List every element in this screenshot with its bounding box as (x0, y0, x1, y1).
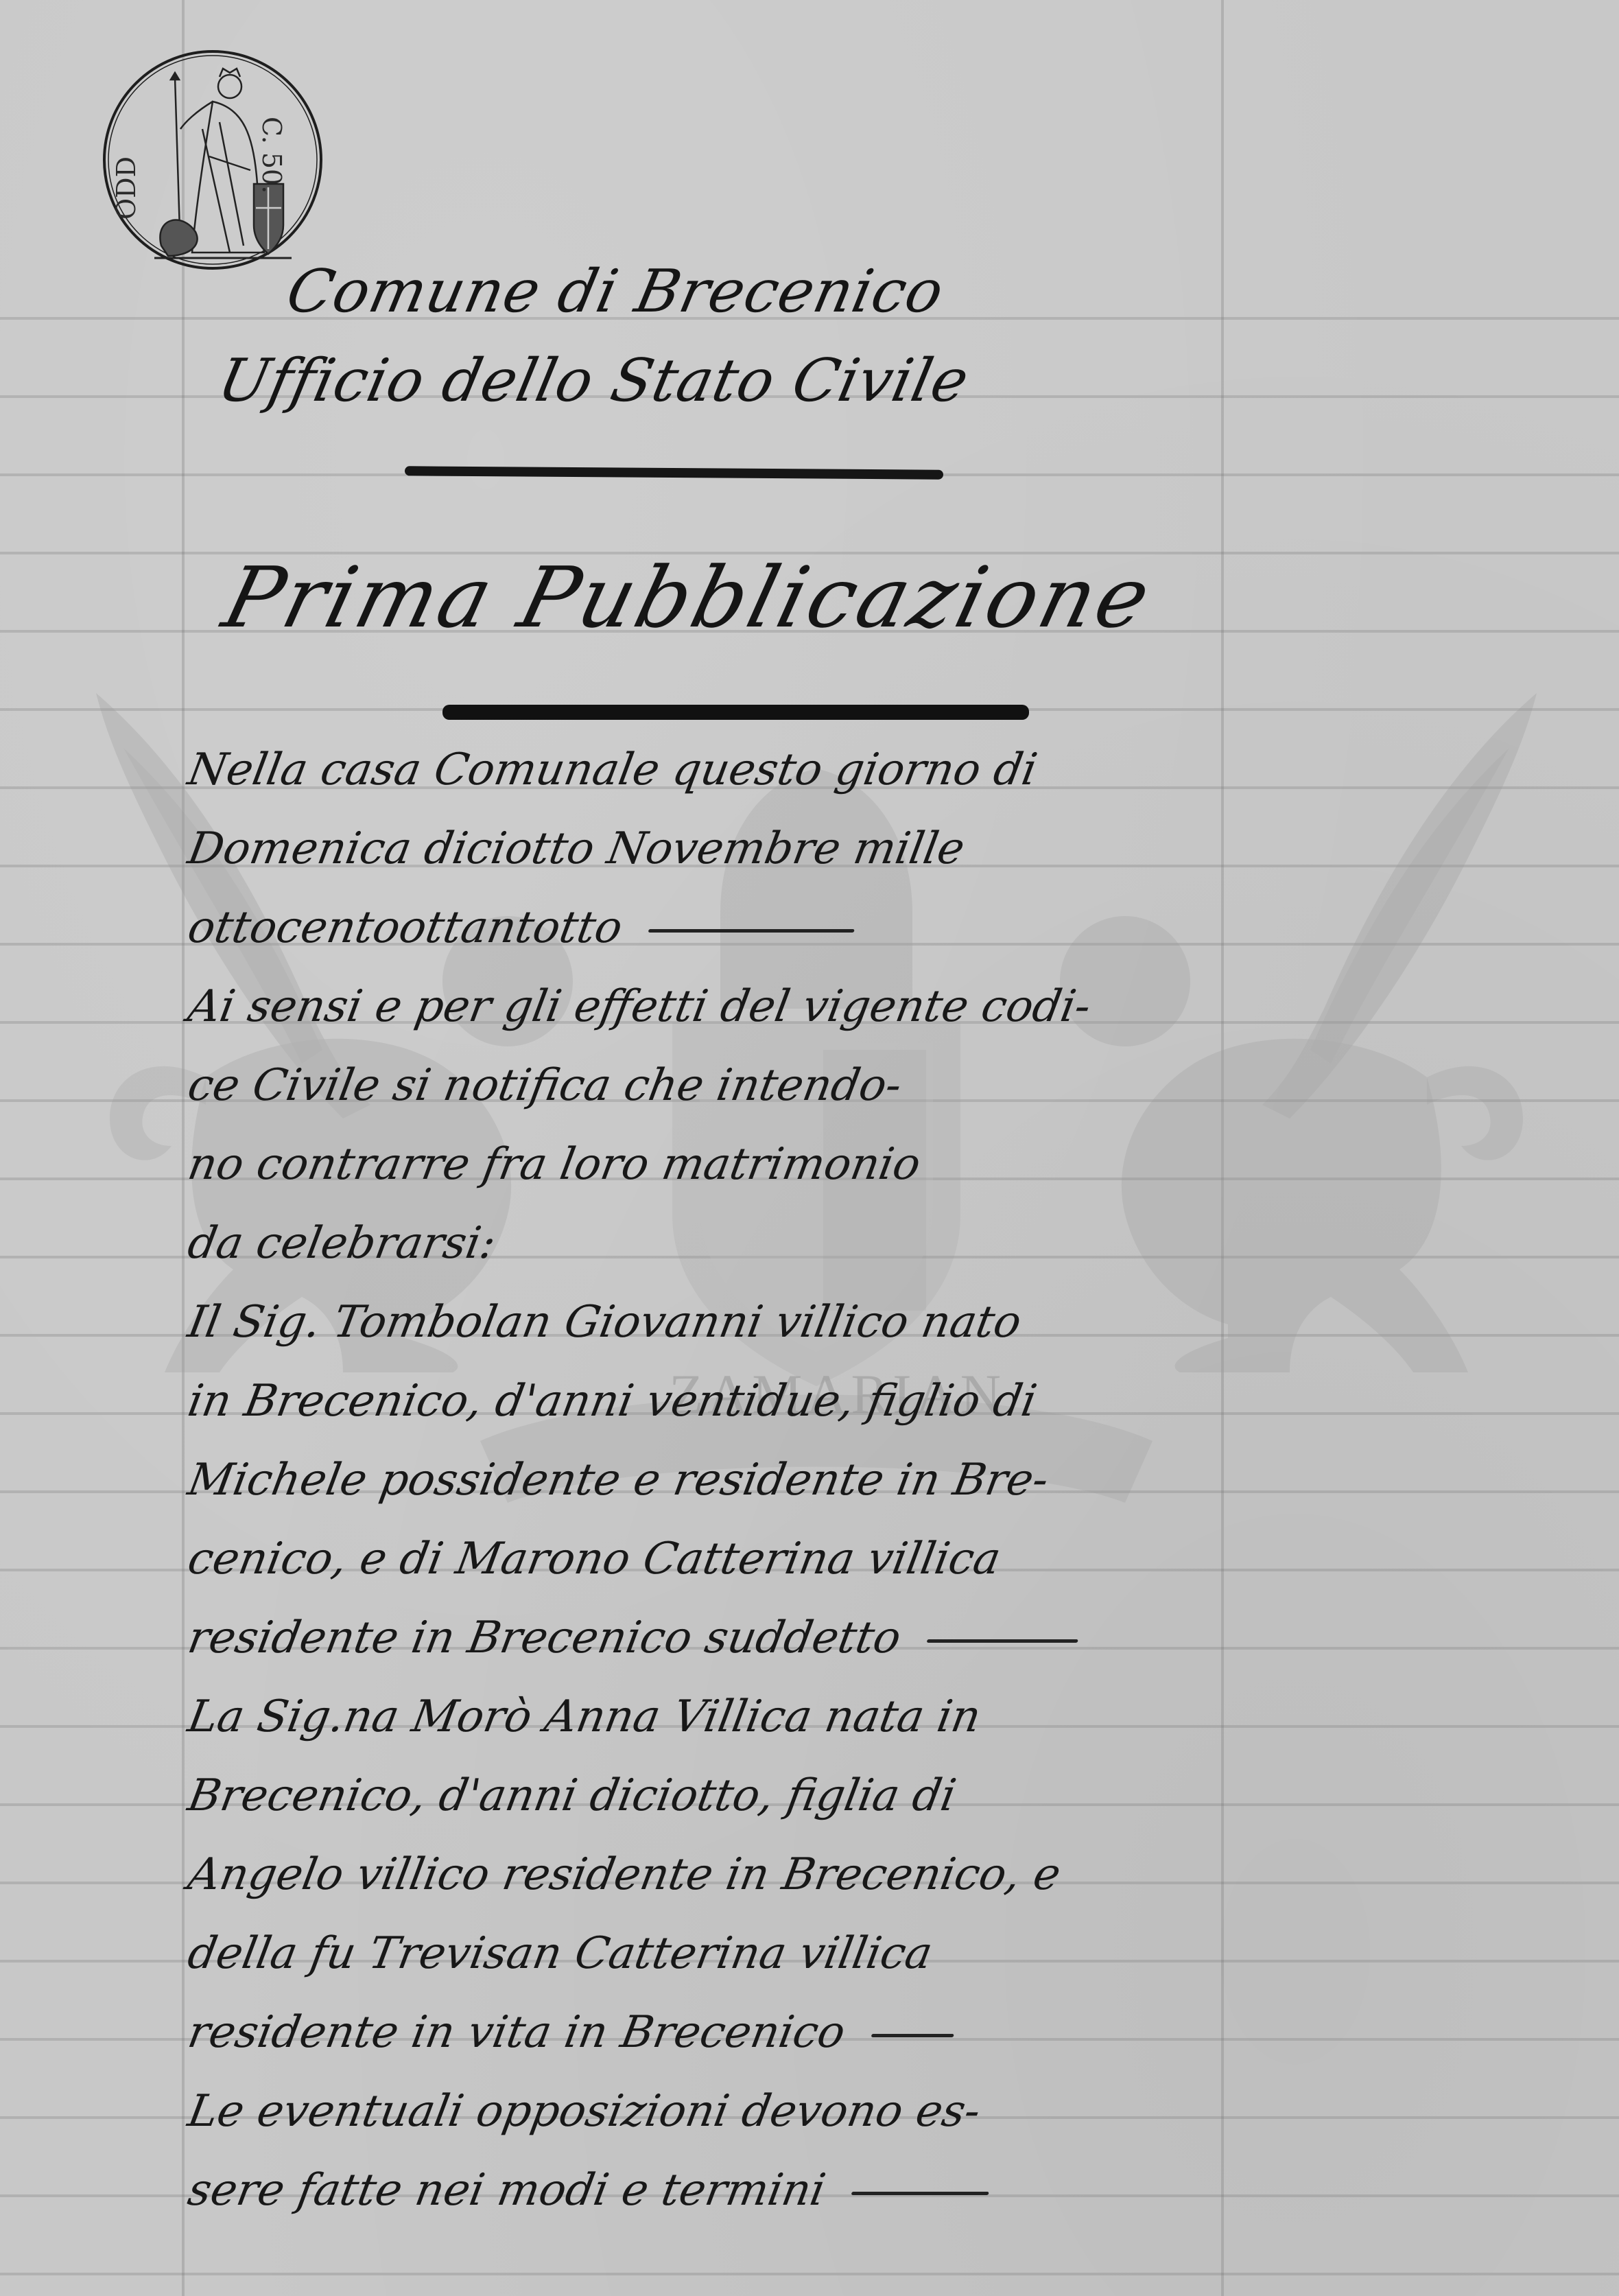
stamp-initials: ODD (111, 156, 141, 220)
body-line: in Brecenico, d'anni ventidue, figlio di (184, 1376, 1040, 1427)
title-underline (442, 705, 1029, 720)
body-line: da celebrarsi: (184, 1218, 499, 1269)
body-line: Brecenico, d'anni diciotto, figlia di (184, 1770, 959, 1821)
body-line: Ai sensi e per gli effetti del vigente c… (184, 981, 1094, 1032)
right-margin-rule (1221, 0, 1224, 2296)
body-line: Angelo villico residente in Brecenico, e (184, 1849, 1064, 1900)
body-line: Il Sig. Tombolan Giovanni villico nato (184, 1297, 1025, 1348)
line-filler-dash (927, 1639, 1078, 1643)
body-line: Domenica diciotto Novembre mille (184, 823, 968, 874)
body-line: residente in Brecenico suddetto (184, 1613, 1083, 1663)
body-line: La Sig.na Morò Anna Villica nata in (184, 1691, 984, 1742)
line-filler-dash (648, 929, 855, 933)
body-line: residente in vita in Brecenico (184, 2007, 958, 2058)
body-line: ottocentoottantotto (184, 902, 859, 953)
line-filler-dash (851, 2192, 989, 2195)
body-line: cenico, e di Marono Catterina villica (184, 1534, 1004, 1584)
body-line: della fu Trevisan Catterina villica (184, 1928, 936, 1979)
header-ufficio: Ufficio dello Stato Civile (212, 347, 975, 415)
stamp-denomination: C. 50. (257, 117, 287, 194)
body-line: Michele possidente e residente in Bre- (184, 1455, 1052, 1506)
document-title: Prima Pubblicazione (214, 549, 1162, 646)
body-line: ce Civile si notifica che intendo- (184, 1060, 905, 1111)
body-line: sere fatte nei modi e termini (184, 2165, 993, 2216)
body-line: Le eventuali opposizioni devono es- (184, 2086, 984, 2137)
header-comune: Comune di Brecenico (281, 257, 949, 326)
body-line: no contrarre fra loro matrimonio (184, 1139, 924, 1190)
body-line: Nella casa Comunale questo giorno di (184, 745, 1041, 795)
line-filler-dash (871, 2034, 954, 2037)
left-margin-rule (182, 0, 185, 2296)
